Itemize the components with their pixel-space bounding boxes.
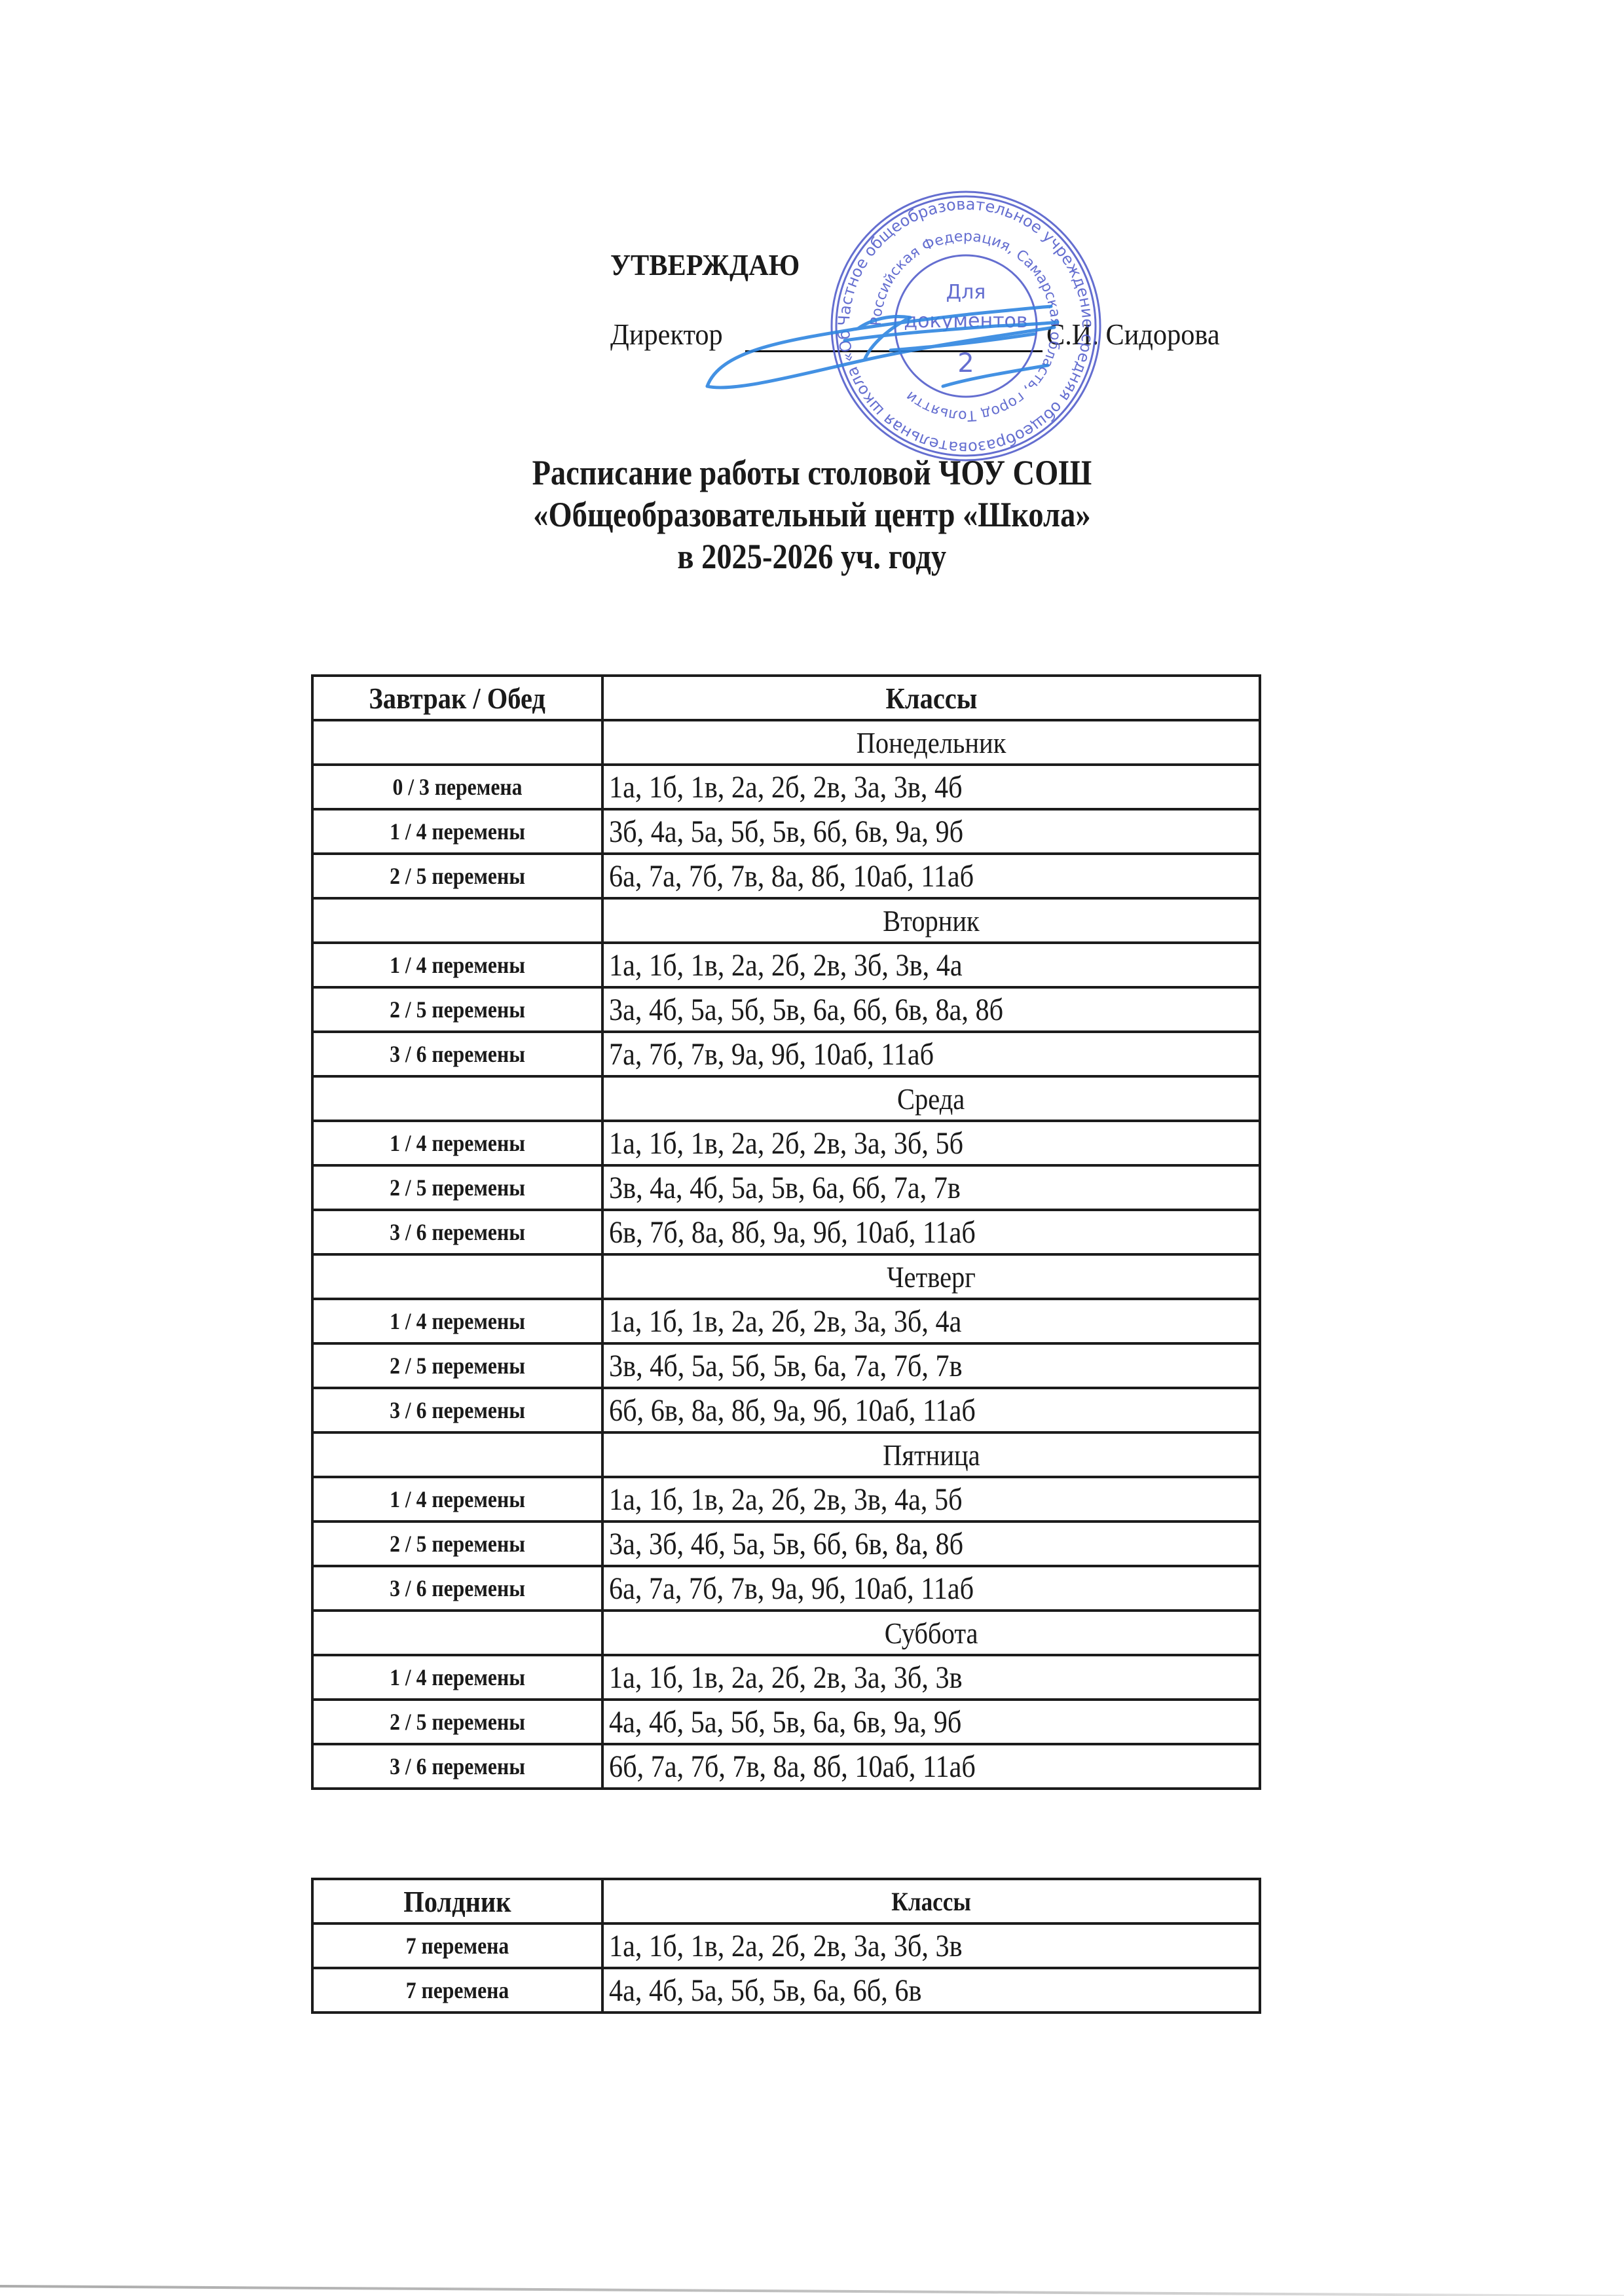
day-row-empty-cell (312, 1432, 602, 1477)
day-name: Среда (897, 1082, 965, 1116)
break-cell: 2 / 5 перемены (312, 1522, 602, 1566)
day-row: Среда (312, 1076, 1260, 1121)
classes-cell: 6б, 6в, 8а, 8б, 9а, 9б, 10аб, 11аб (602, 1388, 1260, 1432)
seal-center-label-1: Для (946, 281, 986, 304)
classes-list: 1а, 1б, 1в, 2а, 2б, 2в, 3а, 3б, 3в (609, 1928, 963, 1964)
classes-list: 1а, 1б, 1в, 2а, 2б, 2в, 3а, 3в, 4б (609, 769, 963, 805)
table-row: 3 / 6 перемены6а, 7а, 7б, 7в, 9а, 9б, 10… (312, 1566, 1260, 1611)
classes-list: 3б, 4а, 5а, 5б, 5в, 6б, 6в, 9а, 9б (609, 814, 963, 850)
classes-cell: 1а, 1б, 1в, 2а, 2б, 2в, 3а, 3в, 4б (602, 765, 1260, 809)
break-label: 2 / 5 перемены (390, 862, 525, 890)
break-cell: 3 / 6 перемены (312, 1032, 602, 1076)
scan-edge-line (0, 2285, 1624, 2296)
classes-cell: 6а, 7а, 7б, 7в, 9а, 9б, 10аб, 11аб (602, 1566, 1260, 1611)
break-label: 1 / 4 перемены (390, 1664, 525, 1691)
day-name: Вторник (883, 903, 980, 938)
signature-line (745, 350, 1043, 352)
break-label: 3 / 6 перемены (390, 1575, 525, 1602)
title-line-3: в 2025-2026 уч. году (678, 536, 947, 577)
break-label: 3 / 6 перемены (390, 1753, 525, 1780)
classes-list: 4а, 4б, 5а, 5б, 5в, 6а, 6б, 6в (609, 1973, 921, 2009)
classes-list: 3а, 3б, 4б, 5а, 5в, 6б, 6в, 8а, 8б (609, 1526, 963, 1562)
break-cell: 0 / 3 перемена (312, 765, 602, 809)
break-cell: 1 / 4 перемены (312, 1121, 602, 1165)
classes-list: 6в, 7б, 8а, 8б, 9а, 9б, 10аб, 11аб (609, 1214, 976, 1250)
table-row: 2 / 5 перемены3в, 4б, 5а, 5б, 5в, 6а, 7а… (312, 1343, 1260, 1388)
table-row: 7 перемена1а, 1б, 1в, 2а, 2б, 2в, 3а, 3б… (312, 1923, 1260, 1968)
day-row: Понедельник (312, 720, 1260, 765)
classes-list: 7а, 7б, 7в, 9а, 9б, 10аб, 11аб (609, 1036, 934, 1072)
breakfast-lunch-schedule-table: Завтрак / Обед Классы Понедельник0 / 3 п… (311, 674, 1261, 1790)
seal-inner-ring (895, 255, 1037, 397)
table-row: 2 / 5 перемены3в, 4а, 4б, 5а, 5в, 6а, 6б… (312, 1165, 1260, 1210)
classes-cell: 6б, 7а, 7б, 7в, 8а, 8б, 10аб, 11аб (602, 1744, 1260, 1789)
break-cell: 1 / 4 перемены (312, 1477, 602, 1522)
day-name-cell: Четверг (602, 1254, 1260, 1299)
day-name: Пятница (883, 1438, 980, 1472)
table-row: 2 / 5 перемены3а, 3б, 4б, 5а, 5в, 6б, 6в… (312, 1522, 1260, 1566)
day-row: Пятница (312, 1432, 1260, 1477)
day-name: Понедельник (857, 725, 1006, 760)
break-cell: 1 / 4 перемены (312, 943, 602, 987)
break-cell: 1 / 4 перемены (312, 1655, 602, 1700)
break-label: 2 / 5 перемены (390, 996, 525, 1023)
classes-list: 6б, 7а, 7б, 7в, 8а, 8б, 10аб, 11аб (609, 1749, 976, 1785)
break-label: 2 / 5 перемены (390, 1352, 525, 1379)
day-row-empty-cell (312, 720, 602, 765)
classes-list: 6а, 7а, 7б, 7в, 9а, 9б, 10аб, 11аб (609, 1571, 974, 1607)
table-row: 1 / 4 перемены1а, 1б, 1в, 2а, 2б, 2в, 3а… (312, 1121, 1260, 1165)
title-line-1: Расписание работы столовой ЧОУ СОШ (532, 452, 1092, 494)
seal-center-number: 2 (957, 348, 974, 378)
director-position: Директор (610, 317, 723, 352)
break-label: 1 / 4 перемены (390, 1129, 525, 1157)
classes-list: 3а, 4б, 5а, 5б, 5в, 6а, 6б, 6в, 8а, 8б (609, 992, 1003, 1028)
classes-cell: 3в, 4а, 4б, 5а, 5в, 6а, 6б, 7а, 7в (602, 1165, 1260, 1210)
title-line-2: «Общеобразовательный центр «Школа» (533, 494, 1090, 536)
classes-cell: 6в, 7б, 8а, 8б, 9а, 9б, 10аб, 11аб (602, 1210, 1260, 1254)
day-name-cell: Среда (602, 1076, 1260, 1121)
classes-cell: 3а, 4б, 5а, 5б, 5в, 6а, 6б, 6в, 8а, 8б (602, 987, 1260, 1032)
director-name: С.И. Сидорова (1046, 317, 1220, 352)
table-row: 2 / 5 перемены3а, 4б, 5а, 5б, 5в, 6а, 6б… (312, 987, 1260, 1032)
table-header-row: Завтрак / Обед Классы (312, 676, 1260, 720)
break-cell: 2 / 5 перемены (312, 1700, 602, 1744)
classes-list: 1а, 1б, 1в, 2а, 2б, 2в, 3а, 3б, 4а (609, 1303, 961, 1339)
day-row: Четверг (312, 1254, 1260, 1299)
document-title: Расписание работы столовой ЧОУ СОШ «Обще… (0, 452, 1624, 577)
break-cell: 7 перемена (312, 1923, 602, 1968)
break-cell: 3 / 6 перемены (312, 1566, 602, 1611)
break-cell: 2 / 5 перемены (312, 1165, 602, 1210)
column-header-classes: Классы (602, 1879, 1260, 1923)
table-row: 7 перемена4а, 4б, 5а, 5б, 5в, 6а, 6б, 6в (312, 1968, 1260, 2013)
day-name-cell: Понедельник (602, 720, 1260, 765)
break-label: 2 / 5 перемены (390, 1174, 525, 1201)
break-cell: 2 / 5 перемены (312, 1343, 602, 1388)
break-cell: 1 / 4 перемены (312, 1299, 602, 1343)
column-header-snack: Полдник (312, 1879, 602, 1923)
classes-cell: 1а, 1б, 1в, 2а, 2б, 2в, 3а, 3б, 5б (602, 1121, 1260, 1165)
day-row-empty-cell (312, 1611, 602, 1655)
break-label: 2 / 5 перемены (390, 1708, 525, 1736)
break-label: 7 перемена (406, 1932, 509, 1959)
classes-list: 4а, 4б, 5а, 5б, 5в, 6а, 6в, 9а, 9б (609, 1704, 961, 1740)
break-label: 3 / 6 перемены (390, 1396, 525, 1424)
classes-cell: 4а, 4б, 5а, 5б, 5в, 6а, 6в, 9а, 9б (602, 1700, 1260, 1744)
table-row: 3 / 6 перемены6б, 7а, 7б, 7в, 8а, 8б, 10… (312, 1744, 1260, 1789)
table-row: 2 / 5 перемены4а, 4б, 5а, 5б, 5в, 6а, 6в… (312, 1700, 1260, 1744)
classes-cell: 1а, 1б, 1в, 2а, 2б, 2в, 3б, 3в, 4а (602, 943, 1260, 987)
classes-cell: 1а, 1б, 1в, 2а, 2б, 2в, 3а, 3б, 3в (602, 1923, 1260, 1968)
table-row: 1 / 4 перемены1а, 1б, 1в, 2а, 2б, 2в, 3б… (312, 943, 1260, 987)
day-name-cell: Вторник (602, 898, 1260, 943)
table-row: 3 / 6 перемены6б, 6в, 8а, 8б, 9а, 9б, 10… (312, 1388, 1260, 1432)
day-row-empty-cell (312, 898, 602, 943)
classes-cell: 7а, 7б, 7в, 9а, 9б, 10аб, 11аб (602, 1032, 1260, 1076)
afternoon-snack-table: Полдник Классы 7 перемена1а, 1б, 1в, 2а,… (311, 1878, 1261, 2014)
classes-list: 1а, 1б, 1в, 2а, 2б, 2в, 3а, 3б, 5б (609, 1125, 963, 1161)
classes-cell: 6а, 7а, 7б, 7в, 8а, 8б, 10аб, 11аб (602, 854, 1260, 898)
classes-list: 3в, 4а, 4б, 5а, 5в, 6а, 6б, 7а, 7в (609, 1170, 961, 1206)
approval-heading: УТВЕРЖДАЮ (610, 247, 800, 282)
break-label: 1 / 4 перемены (390, 1485, 525, 1513)
table-row: 3 / 6 перемены6в, 7б, 8а, 8б, 9а, 9б, 10… (312, 1210, 1260, 1254)
day-name-cell: Пятница (602, 1432, 1260, 1477)
classes-list: 1а, 1б, 1в, 2а, 2б, 2в, 3в, 4а, 5б (609, 1482, 963, 1518)
break-label: 7 перемена (406, 1977, 509, 2004)
column-header-classes: Классы (602, 676, 1260, 720)
break-label: 0 / 3 перемена (393, 773, 523, 801)
classes-list: 6б, 6в, 8а, 8б, 9а, 9б, 10аб, 11аб (609, 1393, 976, 1429)
day-row: Суббота (312, 1611, 1260, 1655)
classes-cell: 1а, 1б, 1в, 2а, 2б, 2в, 3в, 4а, 5б (602, 1477, 1260, 1522)
break-cell: 3 / 6 перемены (312, 1210, 602, 1254)
day-name: Четверг (887, 1260, 976, 1294)
break-cell: 3 / 6 перемены (312, 1388, 602, 1432)
classes-cell: 3б, 4а, 5а, 5б, 5в, 6б, 6в, 9а, 9б (602, 809, 1260, 854)
table-header-row: Полдник Классы (312, 1879, 1260, 1923)
day-row-empty-cell (312, 1254, 602, 1299)
table-row: 1 / 4 перемены3б, 4а, 5а, 5б, 5в, 6б, 6в… (312, 809, 1260, 854)
table-row: 0 / 3 перемена1а, 1б, 1в, 2а, 2б, 2в, 3а… (312, 765, 1260, 809)
seal-inner-text: Российская Федерация, Самарская область,… (868, 228, 1063, 424)
table-row: 3 / 6 перемены7а, 7б, 7в, 9а, 9б, 10аб, … (312, 1032, 1260, 1076)
break-cell: 7 перемена (312, 1968, 602, 2013)
classes-cell: 4а, 4б, 5а, 5б, 5в, 6а, 6б, 6в (602, 1968, 1260, 2013)
table-row: 1 / 4 перемены1а, 1б, 1в, 2а, 2б, 2в, 3в… (312, 1477, 1260, 1522)
classes-cell: 1а, 1б, 1в, 2а, 2б, 2в, 3а, 3б, 4а (602, 1299, 1260, 1343)
director-signature (694, 288, 1061, 399)
column-header-meal: Завтрак / Обед (312, 676, 602, 720)
break-cell: 1 / 4 перемены (312, 809, 602, 854)
break-cell: 3 / 6 перемены (312, 1744, 602, 1789)
break-label: 1 / 4 перемены (390, 951, 525, 979)
break-cell: 2 / 5 перемены (312, 987, 602, 1032)
classes-cell: 3а, 3б, 4б, 5а, 5в, 6б, 6в, 8а, 8б (602, 1522, 1260, 1566)
classes-list: 6а, 7а, 7б, 7в, 8а, 8б, 10аб, 11аб (609, 858, 974, 894)
day-name: Суббота (885, 1616, 978, 1650)
table-row: 1 / 4 перемены1а, 1б, 1в, 2а, 2б, 2в, 3а… (312, 1655, 1260, 1700)
break-label: 3 / 6 перемены (390, 1218, 525, 1246)
break-label: 1 / 4 перемены (390, 1307, 525, 1335)
day-row: Вторник (312, 898, 1260, 943)
classes-list: 3в, 4б, 5а, 5б, 5в, 6а, 7а, 7б, 7в (609, 1348, 963, 1384)
seal-center-label-2: документов (904, 310, 1027, 333)
break-label: 3 / 6 перемены (390, 1040, 525, 1068)
table-row: 2 / 5 перемены6а, 7а, 7б, 7в, 8а, 8б, 10… (312, 854, 1260, 898)
day-name-cell: Суббота (602, 1611, 1260, 1655)
table-row: 1 / 4 перемены1а, 1б, 1в, 2а, 2б, 2в, 3а… (312, 1299, 1260, 1343)
break-cell: 2 / 5 перемены (312, 854, 602, 898)
break-label: 2 / 5 перемены (390, 1530, 525, 1558)
classes-list: 1а, 1б, 1в, 2а, 2б, 2в, 3б, 3в, 4а (609, 947, 963, 983)
classes-list: 1а, 1б, 1в, 2а, 2б, 2в, 3а, 3б, 3в (609, 1660, 963, 1696)
break-label: 1 / 4 перемены (390, 818, 525, 845)
day-row-empty-cell (312, 1076, 602, 1121)
classes-cell: 3в, 4б, 5а, 5б, 5в, 6а, 7а, 7б, 7в (602, 1343, 1260, 1388)
classes-cell: 1а, 1б, 1в, 2а, 2б, 2в, 3а, 3б, 3в (602, 1655, 1260, 1700)
